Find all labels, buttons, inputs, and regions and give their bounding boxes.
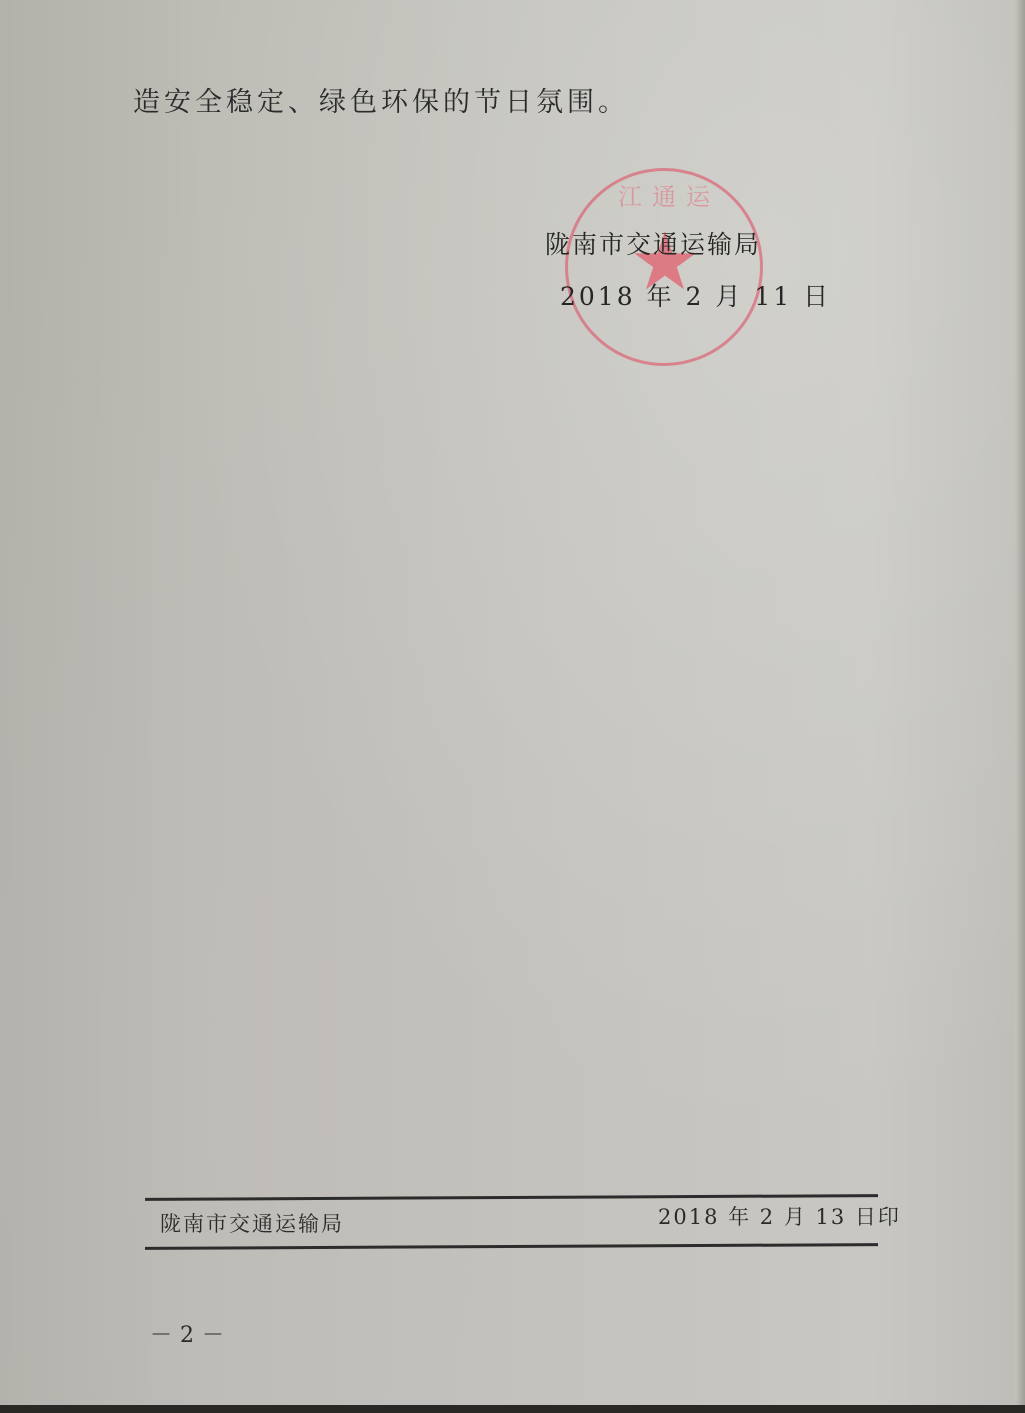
paper-edge <box>1015 0 1025 1405</box>
signature-date: 2018 年 2 月 11 日 <box>560 277 831 313</box>
paper-page: 造安全稳定、绿色环保的节日氛围。 江通运 ★ 陇南市交通运输局 2018 年 2… <box>0 0 1025 1405</box>
footer-organization: 陇南市交通运输局 <box>160 1208 344 1238</box>
seal-text: 江通运 <box>604 177 734 212</box>
footer-print-date: 2018 年 2 月 13 日印 <box>658 1201 901 1231</box>
official-seal: 江通运 ★ <box>565 168 763 366</box>
body-text-closing-line: 造安全稳定、绿色环保的节日氛围。 <box>133 80 629 119</box>
background-surface <box>0 1405 1025 1413</box>
footer-rule-top <box>145 1194 878 1201</box>
signature-organization: 陇南市交通运输局 <box>545 225 761 261</box>
footer-rule-bottom <box>145 1243 878 1250</box>
page-number: －2－ <box>150 1318 232 1349</box>
